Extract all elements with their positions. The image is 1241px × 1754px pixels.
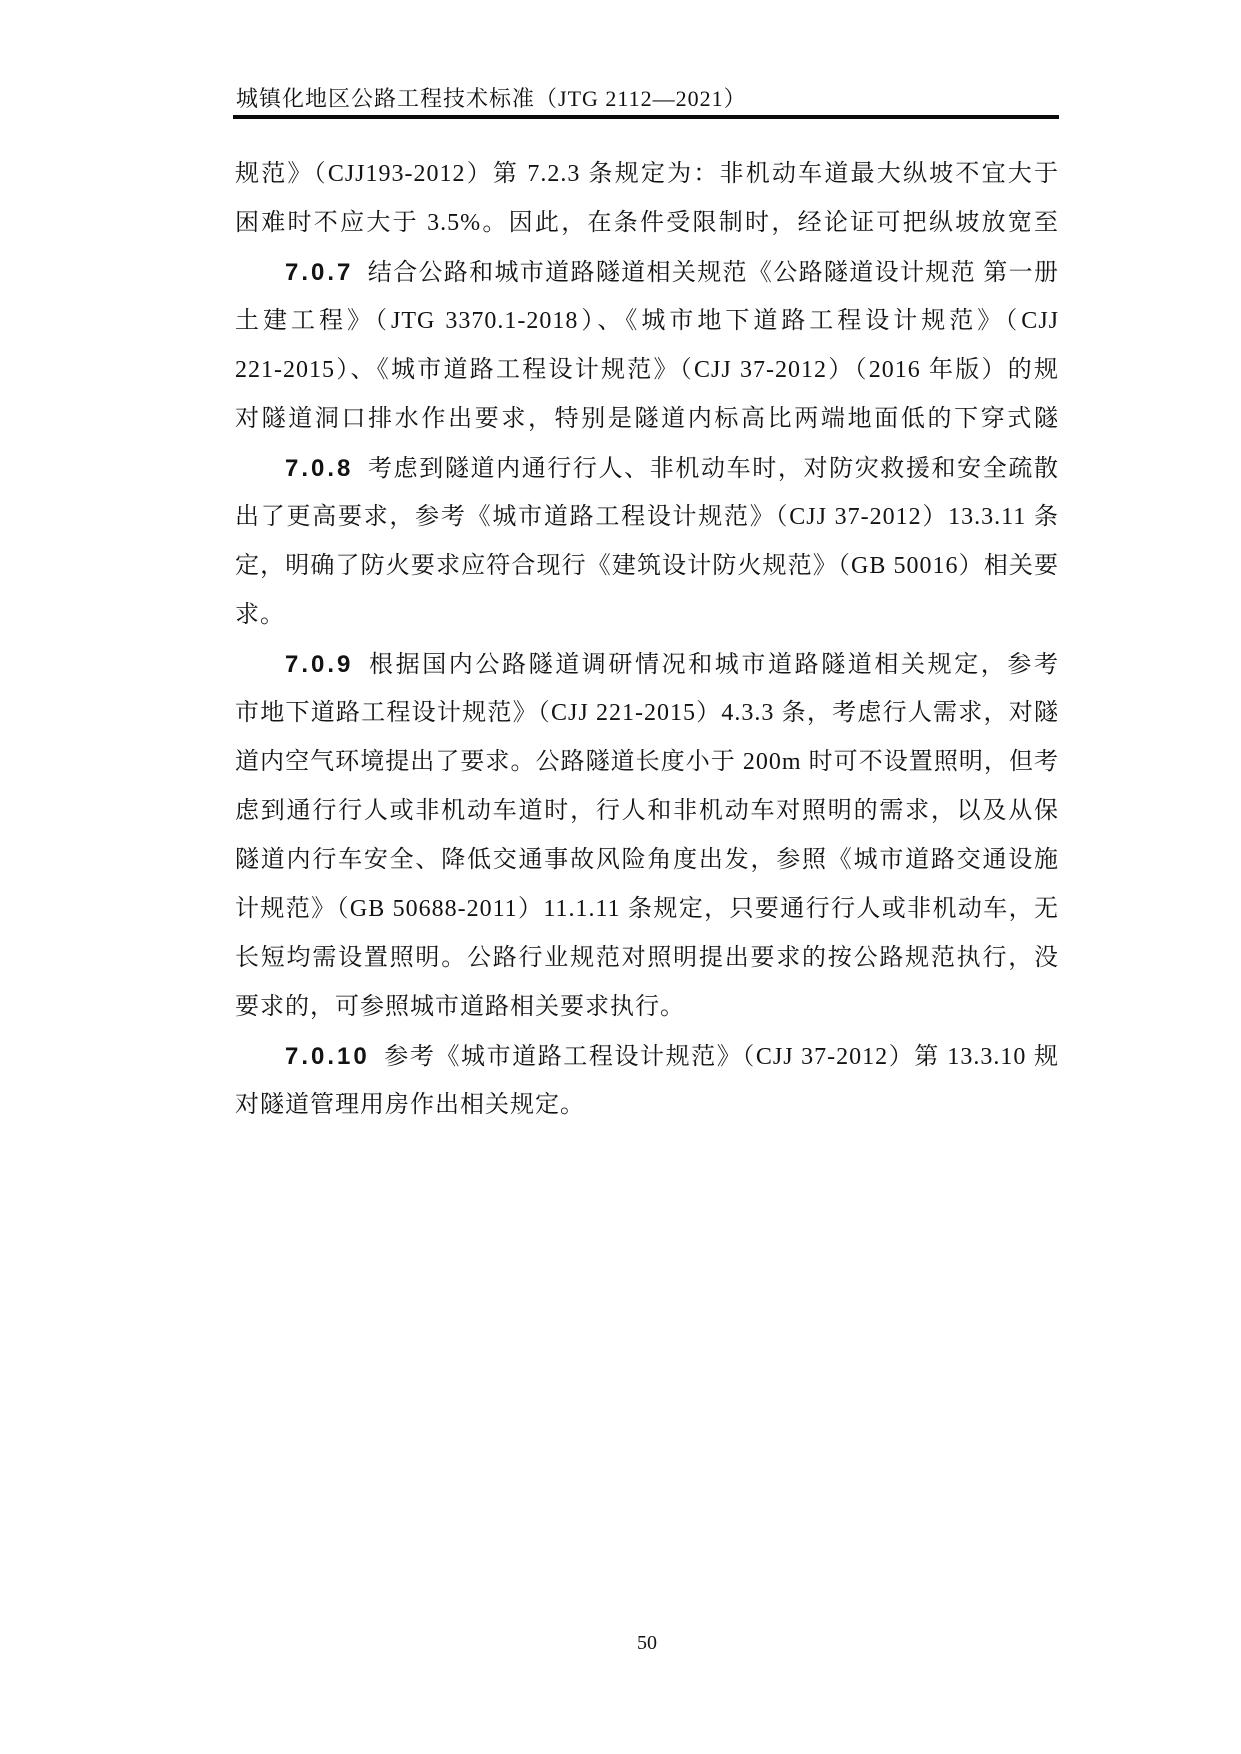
clause-number: 7.0.10: [285, 1043, 370, 1070]
text-line: 7.0.7结合公路和城市道路隧道相关规范《公路隧道设计规范 第一册: [235, 248, 1059, 297]
line-text: 出了更高要求，参考《城市道路工程设计规范》（CJJ 37-2012）13.3.1…: [235, 504, 1059, 542]
text-line: 出了更高要求，参考《城市道路工程设计规范》（CJJ 37-2012）13.3.1…: [235, 493, 1059, 542]
line-text: 定，明确了防火要求应符合现行《建筑设计防火规范》（GB 50016）相关要: [235, 553, 1059, 579]
text-line: 计规范》（GB 50688-2011）11.1.11 条规定，只要通行行人或非机…: [235, 885, 1059, 934]
text-line: 求。: [235, 591, 1059, 640]
text-line: 7.0.9根据国内公路隧道调研情况和城市道路隧道相关规定，参考《城: [235, 640, 1059, 689]
line-text: 隧道内行车安全、降低交通事故风险角度出发，参照《城市道路交通设施设: [235, 847, 1059, 885]
text-line: 市地下道路工程设计规范》（CJJ 221-2015）4.3.3 条，考虑行人需求…: [235, 689, 1059, 738]
text-line: 土建工程》（JTG 3370.1-2018）、《城市地下道路工程设计规范》（CJ…: [235, 297, 1059, 346]
header-rule: [233, 115, 1059, 119]
text-line: 7.0.8考虑到隧道内通行行人、非机动车时，对防灾救援和安全疏散提: [235, 444, 1059, 493]
line-text: 对隧道洞口排水作出要求，特别是隧道内标高比两端地面低的下穿式隧道。: [235, 406, 1059, 444]
line-text: 要求的，可参照城市道路相关要求执行。: [235, 994, 685, 1020]
line-text: 计规范》（GB 50688-2011）11.1.11 条规定，只要通行行人或非机…: [235, 896, 1059, 934]
clause-number: 7.0.9: [285, 651, 353, 678]
text-line: 虑到通行行人或非机动车道时，行人和非机动车对照明的需求，以及从保障: [235, 787, 1059, 836]
line-text: 土建工程》（JTG 3370.1-2018）、《城市地下道路工程设计规范》（CJ…: [235, 308, 1059, 334]
document-body: 规范》（CJJ193-2012）第 7.2.3 条规定为：非机动车道最大纵坡不宜…: [235, 150, 1059, 1130]
line-text: 道内空气环境提出了要求。公路隧道长度小于 200m 时可不设置照明，但考: [235, 749, 1059, 775]
text-line: 长短均需设置照明。公路行业规范对照明提出要求的按公路规范执行，没有: [235, 934, 1059, 983]
text-line: 对隧道洞口排水作出要求，特别是隧道内标高比两端地面低的下穿式隧道。: [235, 395, 1059, 444]
text-line: 定，明确了防火要求应符合现行《建筑设计防火规范》（GB 50016）相关要: [235, 542, 1059, 591]
text-line: 221-2015）、《城市道路工程设计规范》（CJJ 37-2012）（2016…: [235, 346, 1059, 395]
line-text: 结合公路和城市道路隧道相关规范《公路隧道设计规范 第一册: [367, 260, 1059, 286]
header-title: 城镇化地区公路工程技术标准（JTG 2112—2021）: [236, 82, 1060, 113]
line-text: 求。: [235, 602, 285, 628]
page-number: 50: [235, 1632, 1059, 1655]
line-text: 长短均需设置照明。公路行业规范对照明提出要求的按公路规范执行，没有: [235, 945, 1059, 983]
text-line: 隧道内行车安全、降低交通事故风险角度出发，参照《城市道路交通设施设: [235, 836, 1059, 885]
text-line: 7.0.10参考《城市道路工程设计规范》（CJJ 37-2012）第 13.3.…: [235, 1032, 1059, 1081]
line-text: 困难时不应大于 3.5%。因此，在条件受限制时，经论证可把纵坡放宽至 3.5%。: [235, 210, 1059, 248]
text-line: 道内空气环境提出了要求。公路隧道长度小于 200m 时可不设置照明，但考: [235, 738, 1059, 787]
document-page: 城镇化地区公路工程技术标准（JTG 2112—2021） 规范》（CJJ193-…: [0, 0, 1241, 1754]
line-text: 市地下道路工程设计规范》（CJJ 221-2015）4.3.3 条，考虑行人需求…: [235, 700, 1059, 726]
text-line: 规范》（CJJ193-2012）第 7.2.3 条规定为：非机动车道最大纵坡不宜…: [235, 150, 1059, 199]
line-text: 考虑到隧道内通行行人、非机动车时，对防灾救援和安全疏散提: [285, 456, 1059, 493]
line-text: 根据国内公路隧道调研情况和城市道路隧道相关规定，参考《城: [285, 652, 1059, 689]
text-line: 对隧道管理用房作出相关规定。: [235, 1081, 1059, 1130]
line-text: 221-2015）、《城市道路工程设计规范》（CJJ 37-2012）（2016…: [235, 357, 1059, 395]
line-text: 规范》（CJJ193-2012）第 7.2.3 条规定为：非机动车道最大纵坡不宜…: [235, 161, 1059, 199]
line-text: 参考《城市道路工程设计规范》（CJJ 37-2012）第 13.3.10 规定，: [285, 1044, 1059, 1081]
text-line: 要求的，可参照城市道路相关要求执行。: [235, 983, 1059, 1032]
text-line: 困难时不应大于 3.5%。因此，在条件受限制时，经论证可把纵坡放宽至 3.5%。: [235, 199, 1059, 248]
clause-number: 7.0.8: [285, 455, 353, 482]
line-text: 对隧道管理用房作出相关规定。: [235, 1092, 585, 1118]
line-text: 虑到通行行人或非机动车道时，行人和非机动车对照明的需求，以及从保障: [235, 798, 1059, 836]
clause-number: 7.0.7: [285, 259, 353, 286]
